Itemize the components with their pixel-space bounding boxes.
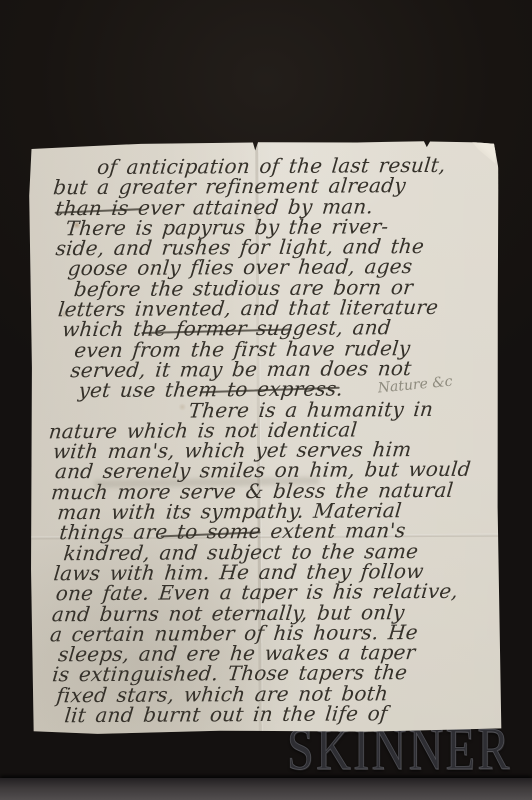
manuscript-page: of anticipation of the last result,but a… xyxy=(28,140,502,736)
photo-stage: SKINNER of anticipation of the last resu… xyxy=(0,0,532,800)
manuscript-text: of anticipation of the last result,but a… xyxy=(28,155,493,726)
manuscript-line: lit and burnt out in the life of xyxy=(64,703,494,726)
